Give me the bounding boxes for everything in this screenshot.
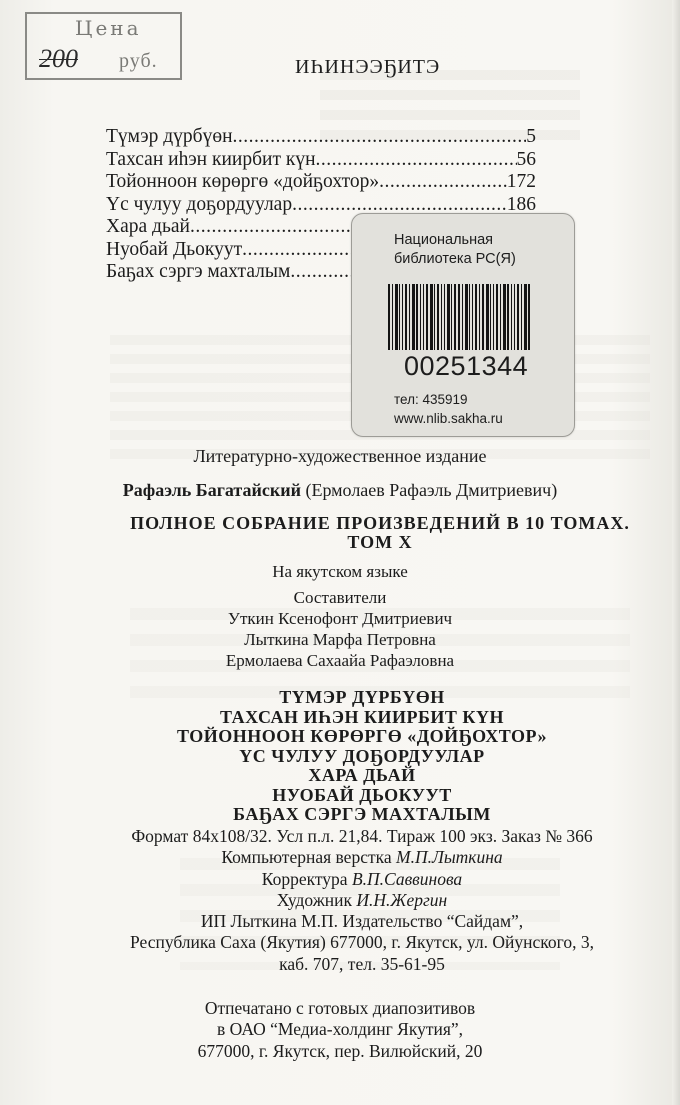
toc-entry-title: Нуобай Дьокуут — [106, 239, 242, 262]
printing-block: Отпечатано с готовых диапозитивов в ОАО … — [0, 998, 680, 1062]
barcode-icon — [388, 284, 536, 350]
library-phone: тел: 435919 — [394, 392, 468, 407]
toc-entry-title: Тахсан иһэн киирбит күн — [106, 149, 316, 172]
library-website: www.nlib.sakha.ru — [394, 411, 503, 426]
work-title: ТҮМЭР ДҮРБҮӨН — [22, 688, 680, 708]
proof-credit-name: В.П.Саввинова — [352, 869, 462, 889]
publisher-line: ИП Лыткина М.П. Издательство “Сайдам”, — [22, 911, 680, 932]
compiler-name: Лыткина Марфа Петровна — [0, 629, 680, 650]
price-stamp: Цена 200 руб. — [25, 12, 182, 80]
artist-credit-name: И.Н.Жергин — [356, 890, 447, 910]
printing-line2: в ОАО “Медиа-холдинг Якутия”, — [0, 1019, 680, 1040]
price-stamp-label: Цена — [75, 16, 142, 40]
collection-title: ПОЛНОЕ СОБРАНИЕ ПРОИЗВЕДЕНИЙ В 10 ТОМАХ.… — [0, 514, 680, 552]
toc-title: ИҺИНЭЭҔИТЭ — [295, 56, 440, 79]
artist-credit-label: Художник — [277, 890, 352, 910]
toc-entry: Тойонноон көрөргө «дойҕохтор»172 — [106, 171, 536, 194]
proof-credit-label: Корректура — [262, 869, 348, 889]
works-list: ТҮМЭР ДҮРБҮӨН ТАХСАН ИҺЭН КИИРБИТ КҮН ТО… — [0, 688, 680, 825]
toc-entry-page: 5 — [526, 126, 536, 149]
publisher-address-line1: Республика Саха (Якутия) 677000, г. Якут… — [22, 932, 680, 953]
collection-title-line1: ПОЛНОЕ СОБРАНИЕ ПРОИЗВЕДЕНИЙ В 10 ТОМАХ. — [40, 514, 680, 533]
price-currency: руб. — [119, 50, 158, 73]
author-pen-name: Рафаэль Багатайский — [123, 480, 301, 500]
work-title: ТАХСАН ИҺЭН КИИРБИТ КҮН — [22, 708, 680, 728]
author-real-name: (Ермолаев Рафаэль Дмитриевич) — [305, 480, 557, 500]
work-title: ХАРА ДЬАЙ — [22, 766, 680, 786]
toc-entry: Тахсан иһэн киирбит күн56 — [106, 149, 536, 172]
imprint-block: Формат 84x108/32. Усл п.л. 21,84. Тираж … — [0, 826, 680, 975]
library-barcode-sticker: Национальная библиотека РС(Я) 00251344 т… — [351, 213, 575, 437]
compilers-heading: Составители — [0, 587, 680, 608]
language-note: На якутском языке — [0, 562, 680, 582]
format-line: Формат 84x108/32. Усл п.л. 21,84. Тираж … — [22, 826, 680, 847]
toc-entry-title: Үс чулуу доҕордуулар — [106, 194, 292, 217]
library-name: Национальная библиотека РС(Я) — [394, 231, 516, 269]
publisher-address-line2: каб. 707, тел. 35-61-95 — [22, 954, 680, 975]
printing-line3: 677000, г. Якутск, пер. Вилюйский, 20 — [0, 1041, 680, 1062]
toc-entry-page: 56 — [517, 149, 537, 172]
compiler-name: Уткин Ксенофонт Дмитриевич — [0, 608, 680, 629]
toc-entry-title: Түмэр дүрбүөн — [106, 126, 233, 149]
author-line: Рафаэль Багатайский (Ермолаев Рафаэль Дм… — [0, 480, 680, 501]
toc-entry: Түмэр дүрбүөн5 — [106, 126, 536, 149]
toc-leader-dots — [379, 171, 507, 194]
printing-line1: Отпечатано с готовых диапозитивов — [0, 998, 680, 1019]
library-name-line2: библиотека РС(Я) — [394, 250, 516, 269]
compiler-name: Ермолаева Сахаайа Рафаэловна — [0, 650, 680, 671]
toc-entry-title: Тойонноон көрөргө «дойҕохтор» — [106, 171, 379, 194]
work-title: БАҔАХ СЭРГЭ МАХТАЛЫМ — [22, 805, 680, 825]
work-title: ҮС ЧУЛУУ ДОҔОРДУУЛАР — [22, 747, 680, 767]
toc-leader-dots — [233, 126, 527, 149]
layout-credit-label: Компьютерная верстка — [221, 847, 391, 867]
compilers-block: Составители Уткин Ксенофонт Дмитриевич Л… — [0, 587, 680, 671]
price-value: 200 — [39, 44, 78, 74]
book-page: Цена 200 руб. ИҺИНЭЭҔИТЭ Түмэр дүрбүөн5 … — [0, 0, 680, 1105]
edition-type: Литературно-художественное издание — [0, 446, 680, 467]
toc-entry-title: Баҕах сэргэ махталым — [106, 261, 290, 284]
layout-credit: Компьютерная верстка М.П.Лыткина — [22, 847, 680, 868]
collection-volume: ТОМ X — [40, 533, 680, 552]
work-title: ТОЙОННООН КӨРӨРГӨ «ДОЙҔОХТОР» — [22, 727, 680, 747]
layout-credit-name: М.П.Лыткина — [396, 847, 503, 867]
library-name-line1: Национальная — [394, 231, 516, 250]
work-title: НУОБАЙ ДЬОКУУТ — [22, 786, 680, 806]
barcode-number: 00251344 — [404, 351, 528, 382]
toc-leader-dots — [316, 149, 517, 172]
proof-credit: Корректура В.П.Саввинова — [22, 869, 680, 890]
toc-entry-page: 172 — [507, 171, 536, 194]
toc-entry-title: Хара дьай — [106, 216, 190, 239]
artist-credit: Художник И.Н.Жергин — [22, 890, 680, 911]
